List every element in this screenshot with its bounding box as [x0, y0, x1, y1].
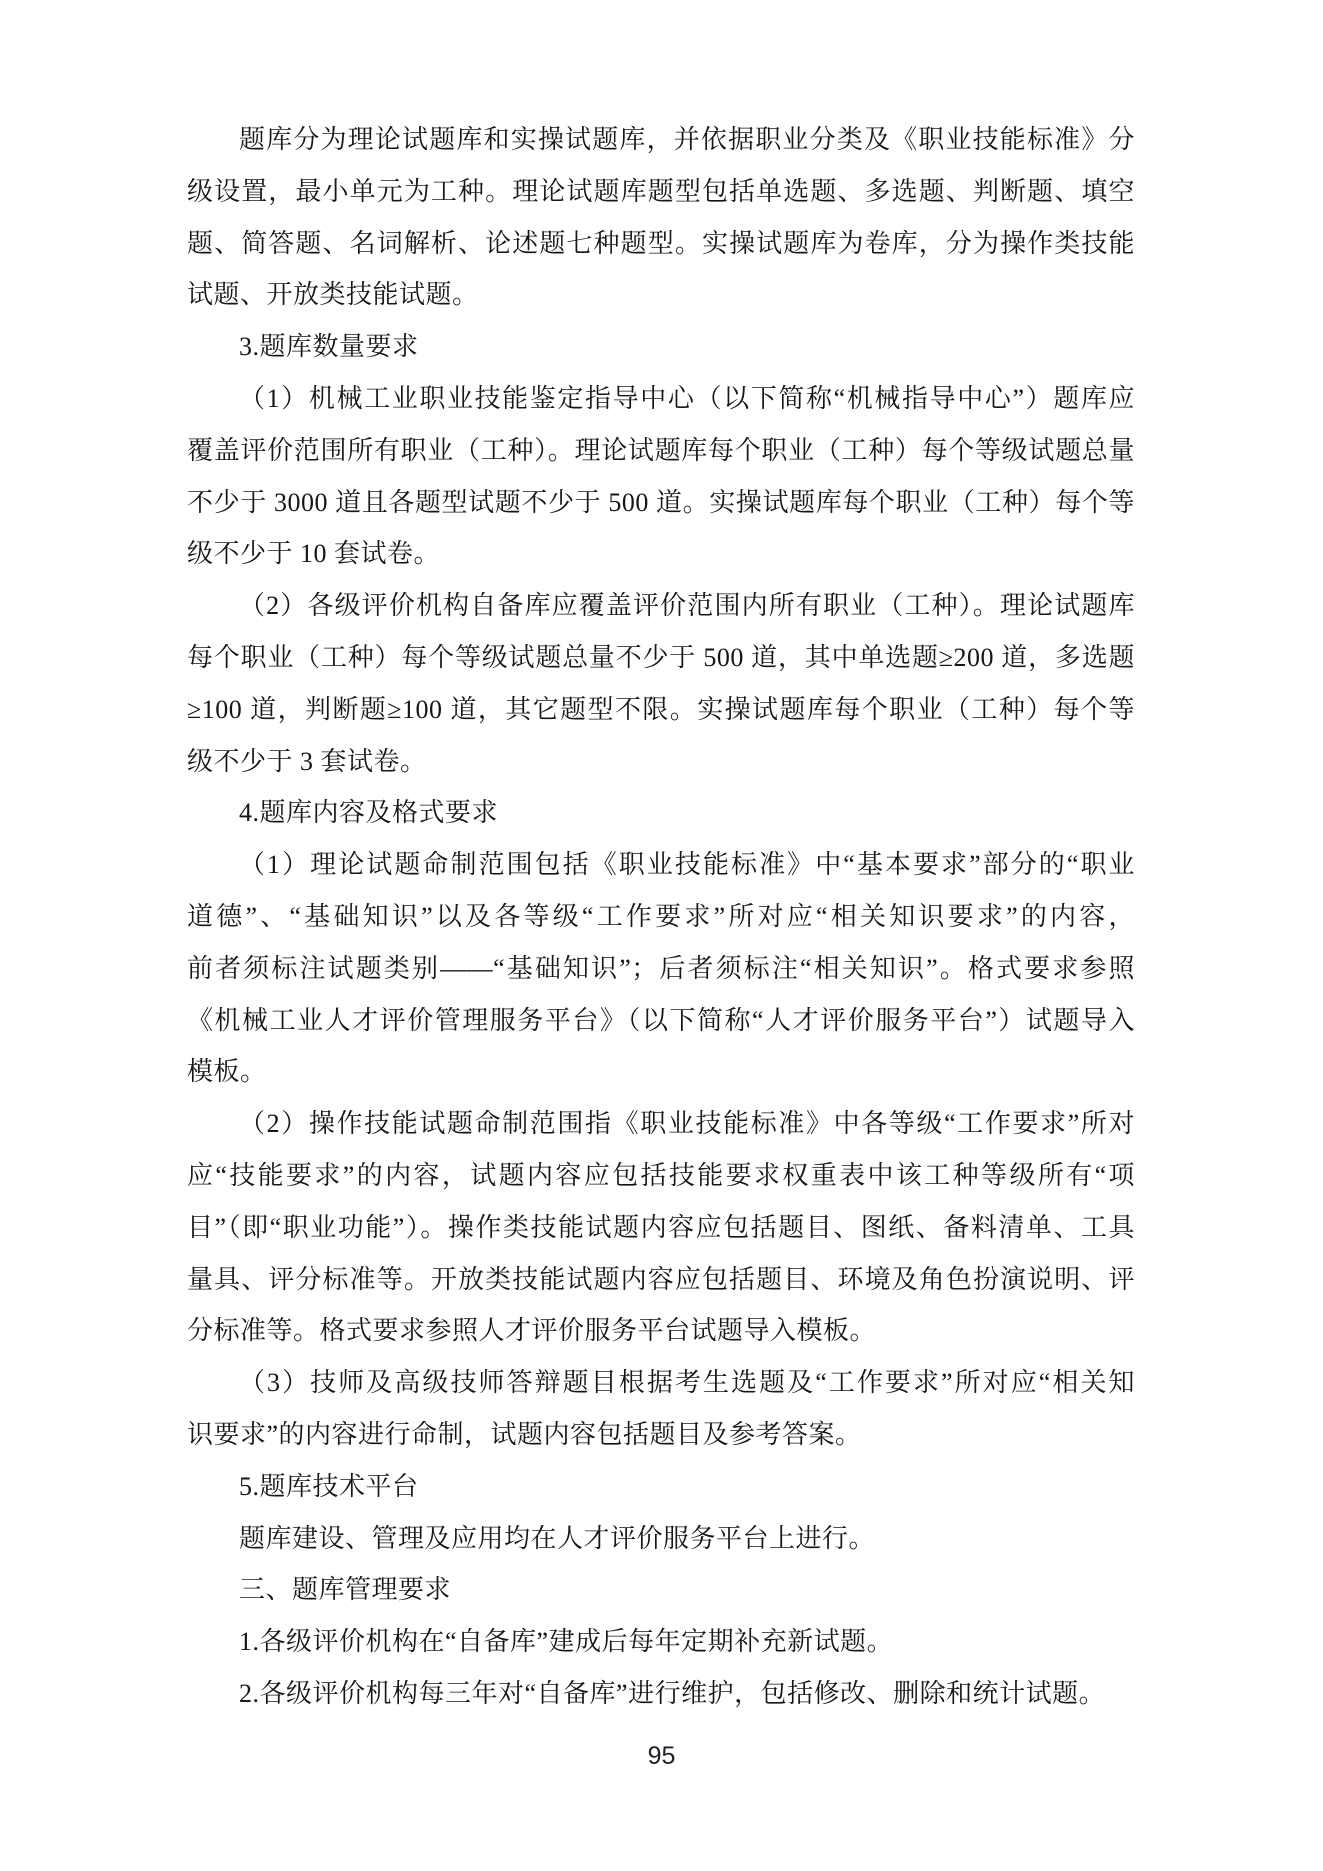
text-line: 不少于 3000 道且各题型试题不少于 500 道。实操试题库每个职业（工种）每… [187, 477, 1135, 529]
paragraph: 三、题库管理要求 [187, 1564, 1135, 1616]
text-line: （2）各级评价机构自备库应覆盖评价范围内所有职业（工种）。理论试题库 [187, 580, 1135, 632]
text-line: 前者须标注试题类别——“基础知识”；后者须标注“相关知识”。格式要求参照 [187, 943, 1135, 995]
text-line: 5.题库技术平台 [187, 1461, 1135, 1513]
text-line: （1）理论试题命制范围包括《职业技能标准》中“基本要求”部分的“职业 [187, 839, 1135, 891]
text-line: 级不少于 10 套试卷。 [187, 528, 1135, 580]
text-line: ≥100 道，判断题≥100 道，其它题型不限。实操试题库每个职业（工种）每个等 [187, 684, 1135, 736]
paragraph: 4.题库内容及格式要求 [187, 787, 1135, 839]
paragraph: 题库建设、管理及应用均在人才评价服务平台上进行。 [187, 1513, 1135, 1565]
paragraph: （2）操作技能试题命制范围指《职业技能标准》中各等级“工作要求”所对应“技能要求… [187, 1098, 1135, 1357]
text-line: （3）技师及高级技师答辩题目根据考生选题及“工作要求”所对应“相关知 [187, 1357, 1135, 1409]
paragraph: 1.各级评价机构在“自备库”建成后每年定期补充新试题。 [187, 1616, 1135, 1668]
text-line: 目”（即“职业功能”）。操作类技能试题内容应包括题目、图纸、备料清单、工具 [187, 1202, 1135, 1254]
text-line: 级不少于 3 套试卷。 [187, 736, 1135, 788]
text-line: 分标准等。格式要求参照人才评价服务平台试题导入模板。 [187, 1305, 1135, 1357]
text-line: （1）机械工业职业技能鉴定指导中心（以下简称“机械指导中心”）题库应 [187, 373, 1135, 425]
text-line: 量具、评分标准等。开放类技能试题内容应包括题目、环境及角色扮演说明、评 [187, 1254, 1135, 1306]
text-line: 题、简答题、名词解析、论述题七种题型。实操试题库为卷库，分为操作类技能 [187, 218, 1135, 270]
text-line: 题库分为理论试题库和实操试题库，并依据职业分类及《职业技能标准》分 [187, 114, 1135, 166]
text-line: 3.题库数量要求 [187, 321, 1135, 373]
text-line: 级设置，最小单元为工种。理论试题库题型包括单选题、多选题、判断题、填空 [187, 166, 1135, 218]
text-line: 每个职业（工种）每个等级试题总量不少于 500 道，其中单选题≥200 道，多选… [187, 632, 1135, 684]
text-line: 4.题库内容及格式要求 [187, 787, 1135, 839]
paragraph: 2.各级评价机构每三年对“自备库”进行维护，包括修改、删除和统计试题。 [187, 1668, 1135, 1720]
paragraph: 题库分为理论试题库和实操试题库，并依据职业分类及《职业技能标准》分级设置，最小单… [187, 114, 1135, 321]
text-line: 道德”、“基础知识”以及各等级“工作要求”所对应“相关知识要求”的内容， [187, 891, 1135, 943]
text-line: 2.各级评价机构每三年对“自备库”进行维护，包括修改、删除和统计试题。 [187, 1668, 1135, 1720]
paragraph: （2）各级评价机构自备库应覆盖评价范围内所有职业（工种）。理论试题库每个职业（工… [187, 580, 1135, 787]
text-line: 三、题库管理要求 [187, 1564, 1135, 1616]
text-line: 覆盖评价范围所有职业（工种）。理论试题库每个职业（工种）每个等级试题总量 [187, 425, 1135, 477]
text-line: 应“技能要求”的内容，试题内容应包括技能要求权重表中该工种等级所有“项 [187, 1150, 1135, 1202]
paragraph: （3）技师及高级技师答辩题目根据考生选题及“工作要求”所对应“相关知识要求”的内… [187, 1357, 1135, 1461]
page-number: 95 [0, 1740, 1323, 1772]
text-line: 模板。 [187, 1046, 1135, 1098]
text-line: 1.各级评价机构在“自备库”建成后每年定期补充新试题。 [187, 1616, 1135, 1668]
paragraph: （1）理论试题命制范围包括《职业技能标准》中“基本要求”部分的“职业道德”、“基… [187, 839, 1135, 1098]
paragraph: 5.题库技术平台 [187, 1461, 1135, 1513]
paragraph: （1）机械工业职业技能鉴定指导中心（以下简称“机械指导中心”）题库应覆盖评价范围… [187, 373, 1135, 580]
text-line: 《机械工业人才评价管理服务平台》（以下简称“人才评价服务平台”）试题导入 [187, 995, 1135, 1047]
text-line: 题库建设、管理及应用均在人才评价服务平台上进行。 [187, 1513, 1135, 1565]
text-line: 识要求”的内容进行命制，试题内容包括题目及参考答案。 [187, 1409, 1135, 1461]
paragraph: 3.题库数量要求 [187, 321, 1135, 373]
document-body: 题库分为理论试题库和实操试题库，并依据职业分类及《职业技能标准》分级设置，最小单… [187, 114, 1135, 1720]
text-line: 试题、开放类技能试题。 [187, 269, 1135, 321]
text-line: （2）操作技能试题命制范围指《职业技能标准》中各等级“工作要求”所对 [187, 1098, 1135, 1150]
document-page: 题库分为理论试题库和实操试题库，并依据职业分类及《职业技能标准》分级设置，最小单… [0, 0, 1323, 1871]
